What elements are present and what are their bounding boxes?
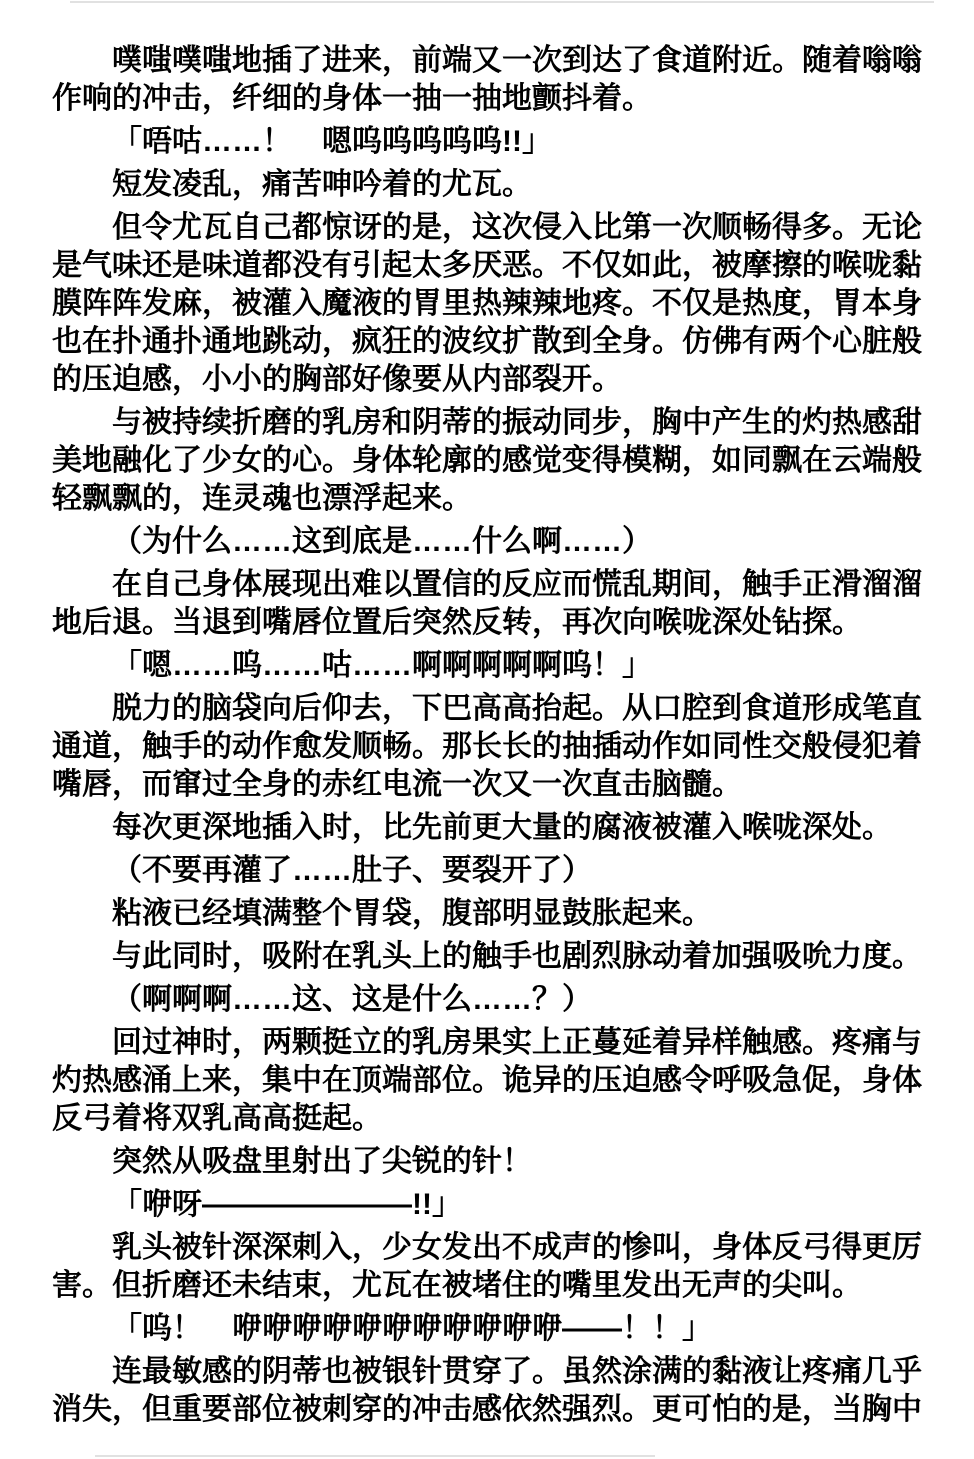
dialogue-line: 「呜！ 咿咿咿咿咿咿咿咿咿咿咿——！！」 xyxy=(52,1310,922,1348)
paragraph: 短发凌乱，痛苦呻吟着的尤瓦。 xyxy=(52,166,922,204)
paragraph: 乳头被针深深刺入，少女发出不成声的惨叫，身体反弓得更厉害。但折磨还未结束，尤瓦在… xyxy=(52,1229,922,1305)
thought-line: （啊啊啊……这、这是什么……？） xyxy=(52,981,922,1019)
paragraph: 粘液已经填满整个胃袋，腹部明显鼓胀起来。 xyxy=(52,895,922,933)
thought-line: （为什么……这到底是……什么啊……） xyxy=(52,523,922,561)
paragraph: 在自己身体展现出难以置信的反应而慌乱期间，触手正滑溜溜地后退。当退到嘴唇位置后突… xyxy=(52,566,922,642)
thought-line: （不要再灌了……肚子、要裂开了） xyxy=(52,852,922,890)
paragraph: 与此同时，吸附在乳头上的触手也剧烈脉动着加强吸吮力度。 xyxy=(52,938,922,976)
paragraph: 脱力的脑袋向后仰去，下巴高高抬起。从口腔到食道形成笔直通道，触手的动作愈发顺畅。… xyxy=(52,690,922,804)
dialogue-line: 「咿呀———————!!」 xyxy=(52,1186,922,1224)
scan-artifact-bottom xyxy=(95,1455,655,1457)
dialogue-line: 「唔咕……！ 嗯呜呜呜呜呜!!」 xyxy=(52,123,922,161)
text-column: 噗嗤噗嗤地插了进来，前端又一次到达了食道附近。随着嗡嗡作响的冲击，纤细的身体一抽… xyxy=(0,0,974,1434)
paragraph: 但令尤瓦自己都惊讶的是，这次侵入比第一次顺畅得多。无论是气味还是味道都没有引起太… xyxy=(52,209,922,399)
paragraph: 连最敏感的阴蒂也被银针贯穿了。虽然涂满的黏液让疼痛几乎消失，但重要部位被刺穿的冲… xyxy=(52,1353,922,1429)
paragraph: 噗嗤噗嗤地插了进来，前端又一次到达了食道附近。随着嗡嗡作响的冲击，纤细的身体一抽… xyxy=(52,42,922,118)
paragraph: 突然从吸盘里射出了尖锐的针！ xyxy=(52,1143,922,1181)
dialogue-line: 「嗯……呜……咕……啊啊啊啊啊呜！」 xyxy=(52,647,922,685)
novel-page: 噗嗤噗嗤地插了进来，前端又一次到达了食道附近。随着嗡嗡作响的冲击，纤细的身体一抽… xyxy=(0,0,974,1459)
paragraph: 每次更深地插入时，比先前更大量的腐液被灌入喉咙深处。 xyxy=(52,809,922,847)
paragraph: 回过神时，两颗挺立的乳房果实上正蔓延着异样触感。疼痛与灼热感涌上来，集中在顶端部… xyxy=(52,1024,922,1138)
paragraph: 与被持续折磨的乳房和阴蒂的振动同步，胸中产生的灼热感甜美地融化了少女的心。身体轮… xyxy=(52,404,922,518)
